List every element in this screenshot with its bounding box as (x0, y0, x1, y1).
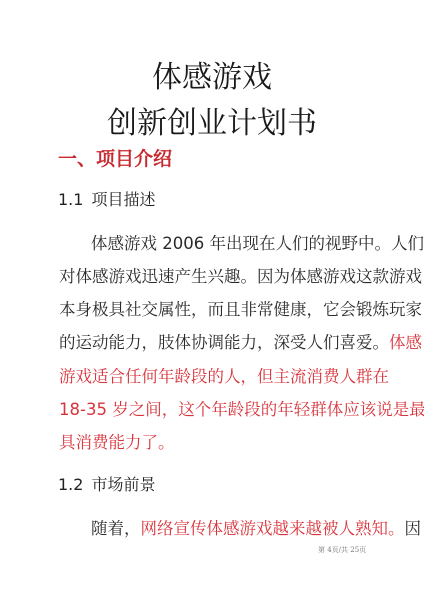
subheading-label: 市场前景 (91, 475, 155, 494)
body-text: 的运动能力，肢体协调能力，深受人们喜爱。 (59, 333, 389, 352)
section-heading-project-intro: 一、项目介绍 (58, 146, 172, 172)
document-title-line1: 体感游戏 (0, 60, 424, 96)
subheading-number: 1.2 (58, 475, 83, 494)
highlighted-text: 网络宣传体感游戏越来越被人熟知。 (141, 519, 405, 538)
body-text: 本身极具社交属性，而且非常健康，它会锻炼玩家 (59, 300, 422, 319)
body-text: 体感游戏 2006 年出现在人们的视野中。人们 (91, 234, 424, 253)
body-text: 对体感游戏迅速产生兴趣。因为体感游戏这款游戏 (59, 267, 422, 286)
paragraph-line: 18-35 岁之间，这个年龄段的年轻群体应该说是最 (59, 399, 371, 421)
subheading-label: 项目描述 (91, 190, 155, 209)
paragraph-line: 体感游戏 2006 年出现在人们的视野中。人们 (91, 233, 371, 255)
paragraph-line: 随着，网络宣传体感游戏越来越被人熟知。因 (91, 518, 371, 540)
subheading-market-outlook: 1.2市场前景 (58, 474, 155, 496)
paragraph-line: 本身极具社交属性，而且非常健康，它会锻炼玩家 (59, 299, 371, 321)
paragraph-line: 游戏适合任何年龄段的人，但主流消费人群在 (59, 366, 371, 388)
paragraph-line: 具消费能力了。 (59, 432, 371, 454)
highlighted-text: 体感 (389, 333, 422, 352)
highlighted-text: 18-35 岁之间，这个年龄段的年轻群体应该说是最 (59, 400, 424, 419)
subheading-project-description: 1.1项目描述 (58, 189, 155, 211)
page-indicator: 第 4页/共 25页 (318, 545, 366, 555)
document-title-line2: 创新创业计划书 (0, 106, 424, 142)
subheading-number: 1.1 (58, 190, 83, 209)
paragraph-line: 对体感游戏迅速产生兴趣。因为体感游戏这款游戏 (59, 266, 371, 288)
document-page: 体感游戏 创新创业计划书 一、项目介绍 1.1项目描述 体感游戏 2006 年出… (0, 0, 424, 600)
body-text: 随着， (91, 519, 141, 538)
highlighted-text: 游戏适合任何年龄段的人，但主流消费人群在 (59, 367, 389, 386)
highlighted-text: 具消费能力了。 (59, 433, 175, 452)
body-text: 因 (405, 519, 422, 538)
paragraph-line: 的运动能力，肢体协调能力，深受人们喜爱。体感 (59, 332, 371, 354)
